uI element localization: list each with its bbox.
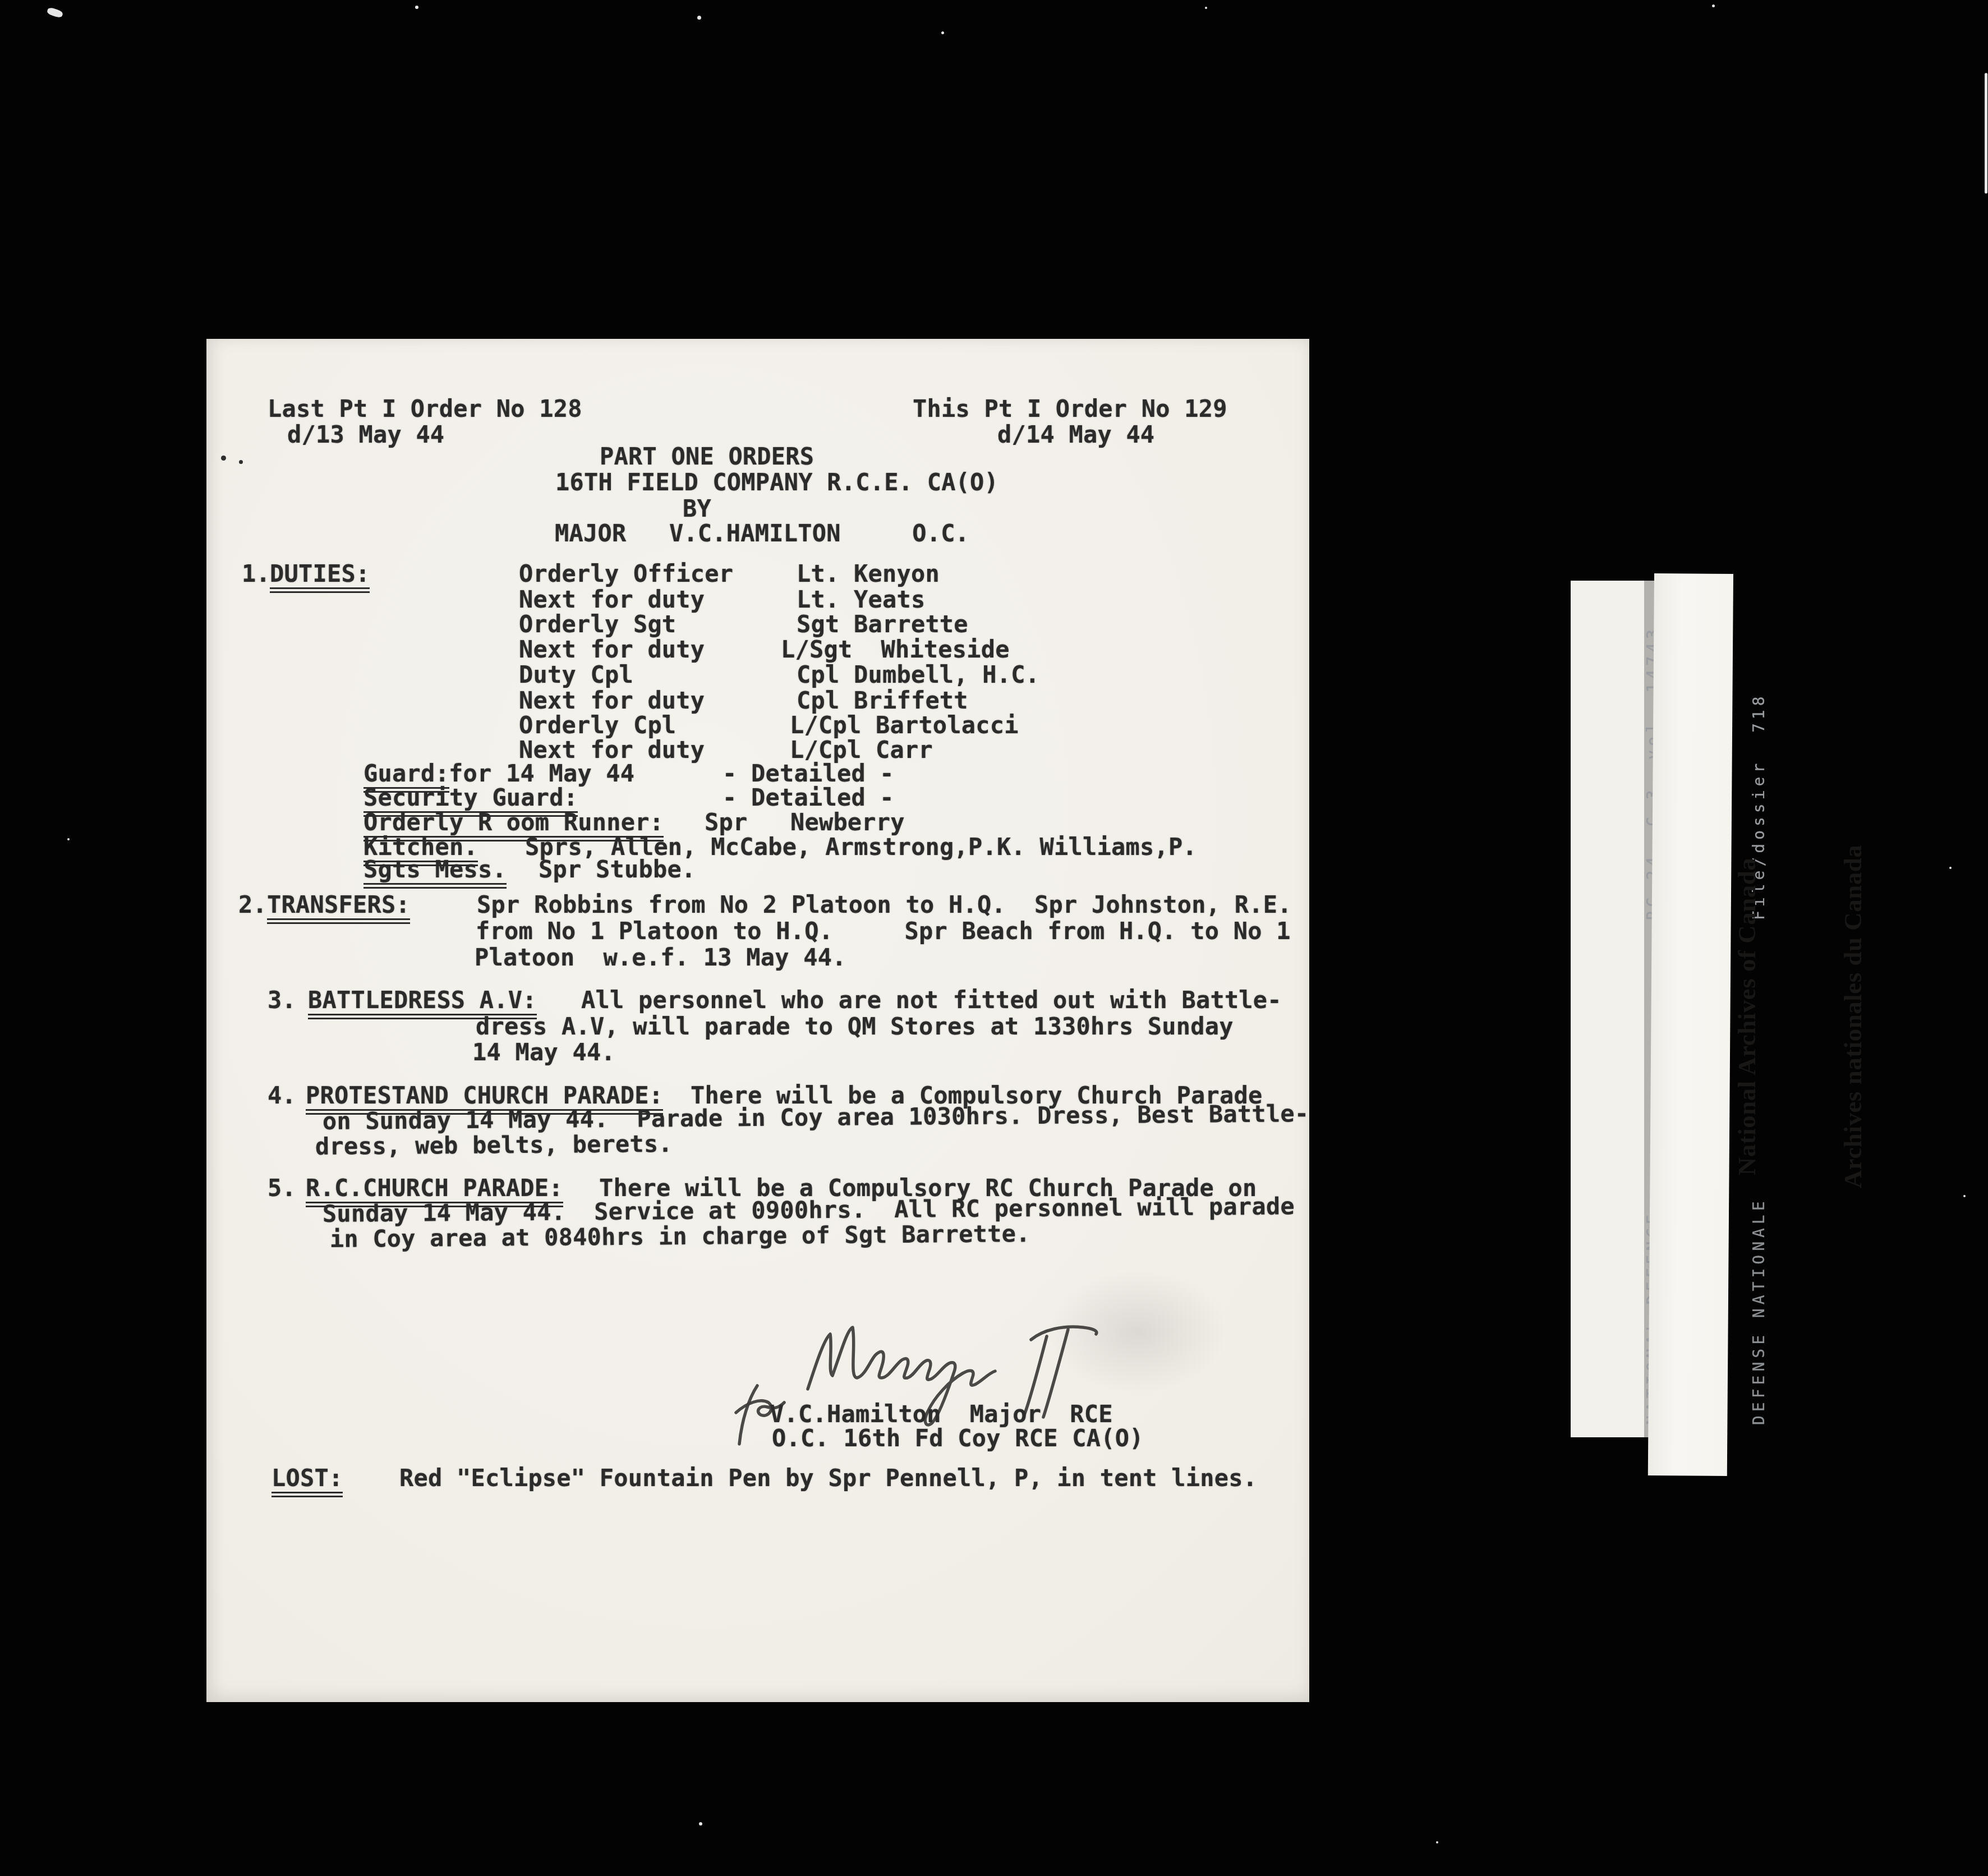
dust-speck [1963, 1195, 1966, 1197]
duty-name: Lt. Yeats [797, 587, 925, 613]
section-number: 2. [238, 892, 267, 918]
duty-name: Sgt Barrette [797, 611, 968, 637]
duty-name: L/Sgt Whiteside [781, 637, 1010, 663]
section-text: dress, web belts, berets. [315, 1131, 673, 1160]
duty-role: Duty Cpl [519, 662, 633, 688]
doc-title-line3: BY [683, 496, 711, 522]
duties-number: 1. [242, 561, 270, 587]
section-text: on Sunday 14 May 44. Parade in Coy area … [323, 1101, 1309, 1134]
dust-speck [1205, 7, 1207, 9]
dust-speck [1436, 1841, 1438, 1843]
detail-value: Spr Stubbe. [539, 857, 696, 882]
dust-speck [67, 838, 70, 840]
signature-name-line: V.C.Hamilton Major RCE [770, 1401, 1113, 1427]
national-defence-stamp: NATIONAL DEFENCE DEFENSE NATIONALE [1564, 1201, 1635, 1425]
lost-label: LOST: [271, 1465, 343, 1497]
section-text: in Coy area at 0840hrs in charge of Sgt … [330, 1221, 1030, 1252]
archive-reference-stamp: RG 24, C-3, vol 14743 File/dossier 718 [1564, 617, 1635, 920]
national-archives-label: National Archives of Canada Archives nat… [1659, 815, 1729, 1219]
dust-speck [47, 7, 64, 19]
duty-role: Next for duty [519, 688, 705, 714]
section-label: TRANSFERS: [267, 892, 410, 924]
last-order-number: Last Pt I Order No 128 [268, 396, 582, 422]
scanned-document-page: Last Pt I Order No 128 d/13 May 44 This … [206, 339, 1309, 1702]
detail-label: Sgts Mess. [363, 857, 507, 889]
section-text: All personnel who are not fitted out wit… [581, 987, 1282, 1013]
ink-speck [221, 456, 226, 461]
stamp-defence-fr: DEFENSE NATIONALE [1741, 1201, 1777, 1425]
signature-appointment-line: O.C. 16th Fd Coy RCE CA(O) [772, 1426, 1144, 1451]
scanner-background: Last Pt I Order No 128 d/13 May 44 This … [0, 0, 1988, 1876]
this-order-date: d/14 May 44 [997, 422, 1154, 448]
duty-name: Lt. Kenyon [797, 561, 940, 587]
lost-text: Red "Eclipse" Fountain Pen by Spr Pennel… [399, 1465, 1257, 1491]
dust-speck [941, 31, 944, 34]
detail-value: Spr Newberry [705, 810, 905, 835]
doc-title-line4: MAJOR V.C.HAMILTON O.C. [555, 521, 969, 546]
section-text: Platoon w.e.f. 13 May 44. [475, 945, 846, 971]
section-text: 14 May 44. [472, 1040, 615, 1065]
doc-title-line1: PART ONE ORDERS [600, 444, 814, 470]
duty-role: Orderly Sgt [519, 611, 676, 637]
section-number: 4. [268, 1083, 296, 1109]
duty-role: Next for duty [519, 587, 705, 613]
dust-speck [415, 6, 418, 9]
section-text: Spr Robbins from No 2 Platoon to H.Q. Sp… [477, 892, 1292, 918]
dust-speck [699, 1822, 702, 1826]
scan-edge-sliver [1985, 73, 1987, 194]
ink-speck [239, 460, 243, 464]
archives-label-fr: Archives nationales du Canada [1835, 815, 1871, 1219]
dust-speck [697, 16, 701, 20]
doc-title-line2: 16TH FIELD COMPANY R.C.E. CA(O) [555, 470, 998, 495]
this-order-number: This Pt I Order No 129 [913, 396, 1227, 422]
dust-speck [1712, 4, 1715, 7]
duty-role: Next for duty [519, 637, 705, 663]
duty-name: Cpl Briffett [797, 688, 968, 714]
section-number: 5. [268, 1175, 296, 1201]
duty-name: L/Cpl Bartolacci [790, 712, 1019, 738]
duty-role: Orderly Cpl [519, 712, 676, 738]
last-order-date: d/13 May 44 [287, 422, 444, 448]
detail-mid: for 14 May 44 [449, 761, 634, 787]
duty-name: Cpl Dumbell, H.C. [797, 662, 1039, 688]
section-text: dress A.V, will parade to QM Stores at 1… [476, 1014, 1234, 1040]
detail-value: - Detailed - [723, 761, 894, 787]
archives-label-en: National Archives of Canada [1729, 815, 1765, 1219]
section-text: from No 1 Platoon to H.Q. Spr Beach from… [476, 918, 1291, 944]
duties-label: DUTIES: [270, 561, 370, 593]
section-number: 3. [268, 987, 296, 1013]
detail-value: - Detailed - [723, 785, 894, 811]
duty-role: Orderly Officer [519, 561, 733, 587]
dust-speck [1949, 867, 1952, 869]
